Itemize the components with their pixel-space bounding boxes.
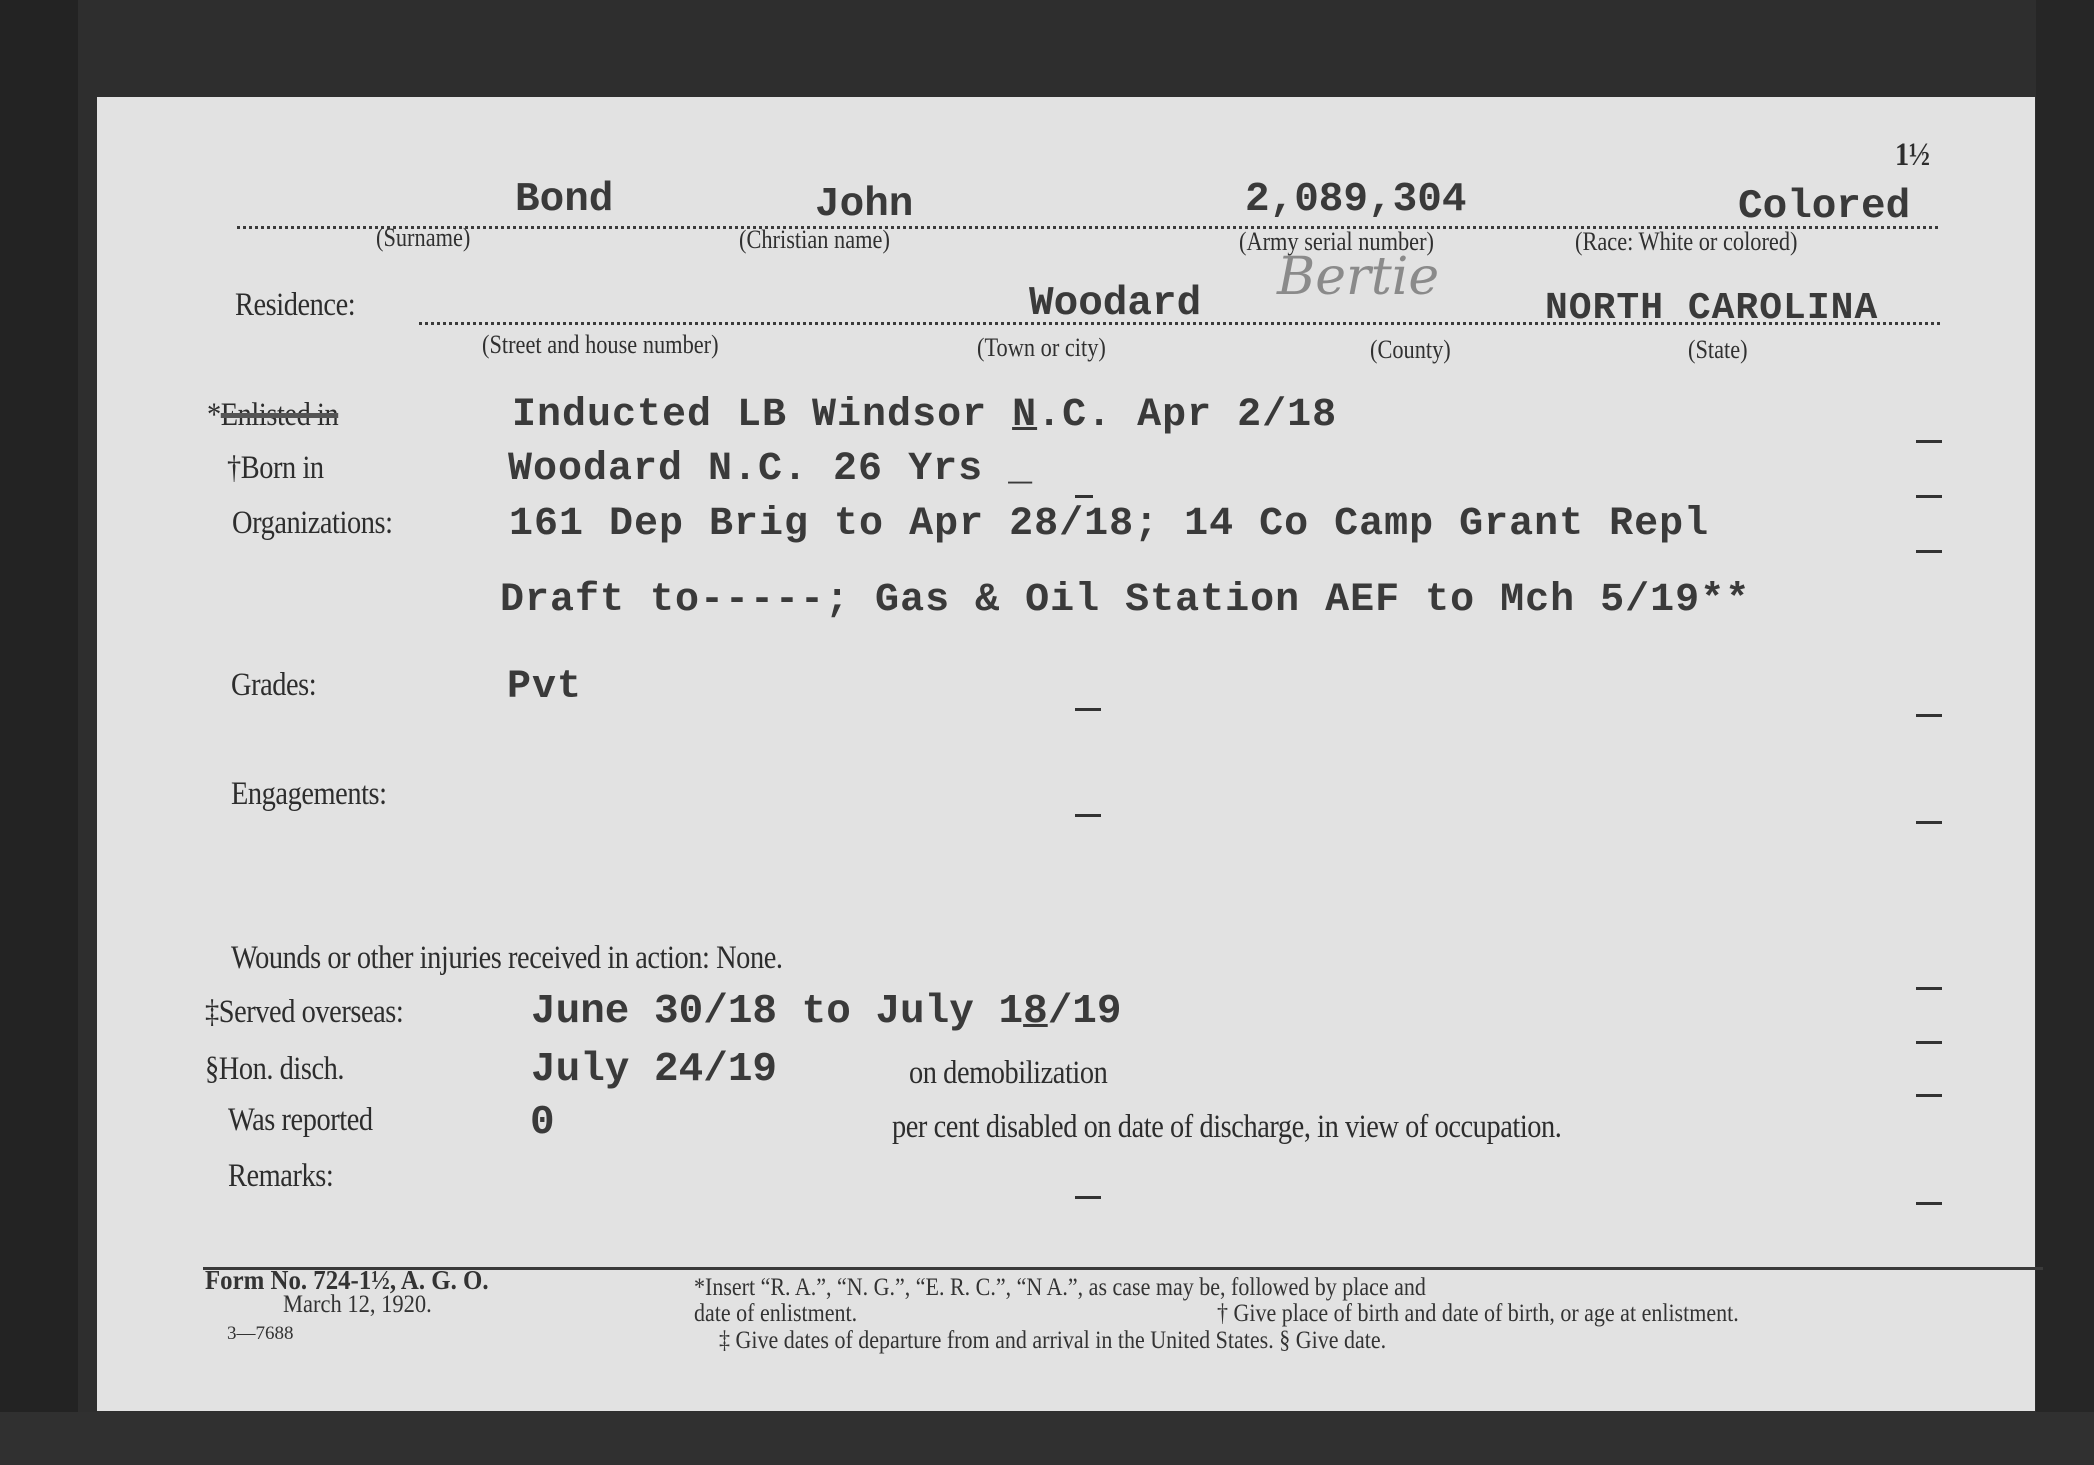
surname-label: (Surname)	[376, 223, 470, 253]
small-dash	[1075, 1196, 1101, 1199]
residence-label: Residence:	[235, 287, 355, 324]
double-dagger-marker: ‡	[205, 994, 219, 1030]
served-value-b: /19	[1048, 989, 1122, 1035]
enlisted-value: Inducted LB Windsor N.C. Apr 2/18	[512, 393, 1337, 438]
margin-dash	[1916, 714, 1942, 717]
born-value: Woodard N.C. 26 Yrs _	[508, 447, 1033, 492]
residence-town-value: Woodard	[1029, 281, 1201, 327]
footnote-birth: † Give place of birth and date of birth,…	[1217, 1300, 1739, 1328]
race-value: Colored	[1738, 184, 1910, 230]
surname-value: Bond	[515, 177, 613, 223]
serial-number-value: 2,089,304	[1245, 177, 1466, 223]
remarks-label: Remarks:	[228, 1158, 333, 1195]
town-label: (Town or city)	[977, 333, 1106, 363]
hon-disch-label: §Hon. disch.	[205, 1051, 344, 1088]
hon-disch-label-text: Hon. disch.	[219, 1051, 344, 1087]
margin-dash	[1916, 440, 1942, 443]
race-label: (Race: White or colored)	[1575, 227, 1797, 257]
enlisted-label-text: Enlisted in	[221, 397, 338, 433]
grades-value: Pvt	[507, 665, 582, 710]
served-overseas-label: ‡Served overseas:	[205, 994, 403, 1031]
enlisted-label: *Enlisted in	[207, 397, 338, 434]
footnote-insert: *Insert “R. A.”, “N. G.”, “E. R. C.”, “N…	[694, 1274, 1426, 1302]
scan-border-right	[2036, 0, 2094, 1465]
form-code: 3—7688	[227, 1323, 294, 1345]
wounds-label: Wounds or other injuries received in act…	[231, 940, 783, 977]
street-label: (Street and house number)	[482, 330, 719, 360]
small-dash	[1075, 814, 1101, 817]
form-date: March 12, 1920.	[283, 1291, 432, 1319]
engagements-label: Engagements:	[231, 776, 387, 813]
margin-dash	[1916, 1041, 1942, 1044]
residence-county-value: Bertie	[1277, 247, 1439, 307]
hon-disch-suffix: on demobilization	[909, 1055, 1107, 1092]
organizations-line-2: Draft to-----; Gas & Oil Station AEF to …	[500, 578, 1750, 623]
hon-disch-value: July 24/19	[531, 1047, 777, 1093]
scan-border-bottom	[0, 1412, 2094, 1465]
margin-dash	[1916, 550, 1942, 553]
footnote-overseas: ‡ Give dates of departure from and arriv…	[719, 1327, 1386, 1355]
was-reported-suffix: per cent disabled on date of discharge, …	[892, 1109, 1561, 1146]
residence-state-value: NORTH CAROLINA	[1545, 287, 1878, 330]
margin-dash	[1916, 987, 1942, 990]
service-record-card: 1½ Bond John 2,089,304 Colored (Surname)…	[97, 97, 2035, 1411]
margin-dash	[1916, 821, 1942, 824]
christian-name-label: (Christian name)	[739, 225, 890, 255]
margin-dash	[1916, 495, 1942, 498]
grades-label: Grades:	[231, 667, 316, 704]
margin-dash	[1916, 1094, 1942, 1097]
footnote-enlistment: date of enlistment.	[694, 1300, 857, 1328]
wounds-label-text: Wounds or other injuries received in act…	[231, 940, 709, 976]
enlisted-value-main: Inducted LB Windsor	[512, 393, 1012, 438]
section-marker: §	[205, 1051, 219, 1087]
margin-dash	[1916, 1202, 1942, 1205]
served-value-underlined: 8	[1023, 989, 1048, 1035]
born-label-text: Born in	[241, 450, 324, 486]
dagger-marker: †	[227, 450, 241, 486]
asterisk-marker: *	[207, 397, 221, 433]
enlisted-value-underlined: N	[1012, 393, 1037, 438]
was-reported-value: 0	[530, 1100, 555, 1146]
christian-name-value: John	[815, 182, 913, 228]
served-overseas-label-text: Served overseas:	[219, 994, 404, 1030]
state-label: (State)	[1688, 335, 1748, 365]
served-value-a: June 30/18 to July 1	[531, 989, 1023, 1035]
enlisted-value-rest: .C. Apr 2/18	[1037, 393, 1337, 438]
born-label: †Born in	[227, 450, 324, 487]
scan-border-left	[0, 0, 78, 1465]
was-reported-label: Was reported	[228, 1102, 373, 1139]
card-number: 1½	[1895, 137, 1930, 174]
organizations-label: Organizations:	[232, 505, 393, 542]
wounds-value: None.	[716, 940, 782, 976]
county-label: (County)	[1370, 335, 1451, 365]
small-dash	[1075, 708, 1101, 711]
organizations-line-1: 161 Dep Brig to Apr 28/18; 14 Co Camp Gr…	[509, 502, 1709, 547]
small-dash	[1075, 495, 1093, 498]
served-overseas-value: June 30/18 to July 18/19	[531, 989, 1122, 1035]
